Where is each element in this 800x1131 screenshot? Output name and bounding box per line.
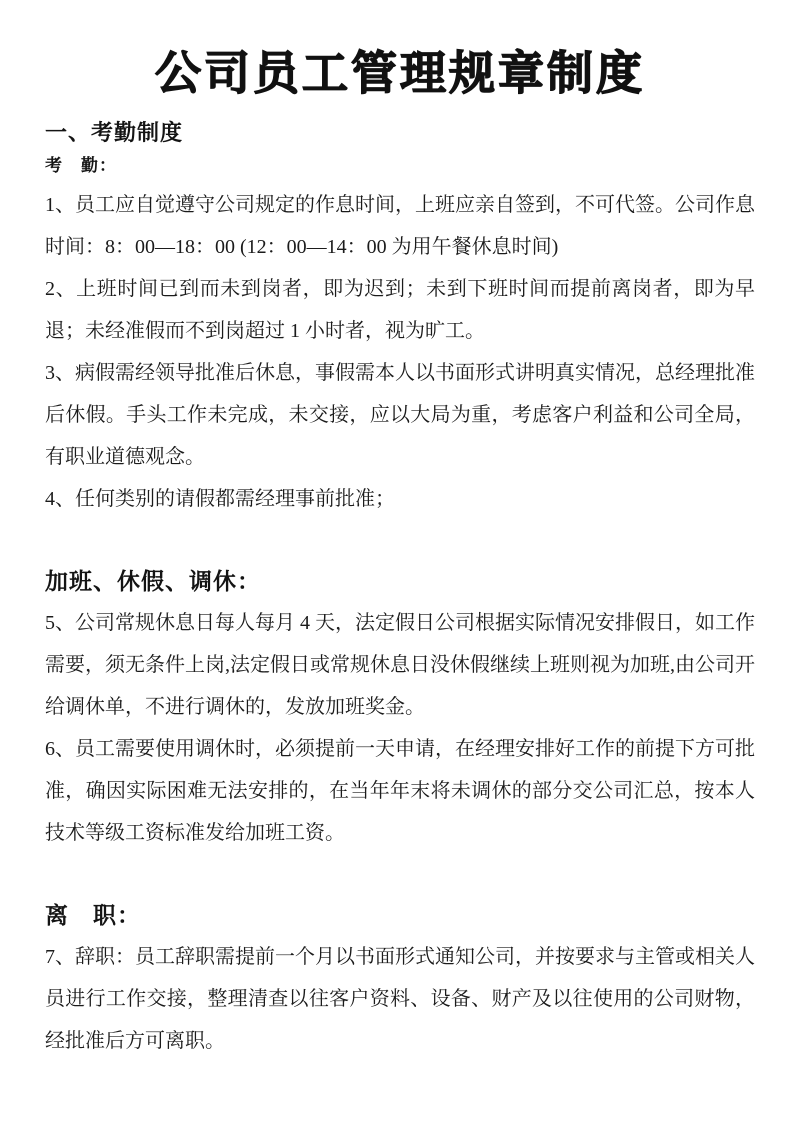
attendance-rule-1: 1、员工应自觉遵守公司规定的作息时间，上班应亲自签到，不可代签。公司作息时间：8… <box>45 184 755 268</box>
section-overtime-leave: 加班、休假、调休： 5、公司常规休息日每人每月 4 天，法定假日公司根据实际情况… <box>45 560 755 854</box>
overtime-rule-5: 5、公司常规休息日每人每月 4 天，法定假日公司根据实际情况安排假日，如工作需要… <box>45 602 755 728</box>
resignation-rule-7: 7、辞职：员工辞职需提前一个月以书面形式通知公司，并按要求与主管或相关人员进行工… <box>45 936 755 1062</box>
document-title: 公司员工管理规章制度 <box>45 42 755 104</box>
attendance-rule-2: 2、上班时间已到而未到岗者，即为迟到；未到下班时间而提前离岗者，即为早退；未经准… <box>45 268 755 352</box>
attendance-rule-3: 3、病假需经领导批准后休息，事假需本人以书面形式讲明真实情况，总经理批准后休假。… <box>45 352 755 478</box>
resignation-section-heading: 离 职： <box>45 894 755 936</box>
overtime-rule-6: 6、员工需要使用调休时，必须提前一天申请，在经理安排好工作的前提下方可批准，确因… <box>45 728 755 854</box>
section-resignation: 离 职： 7、辞职：员工辞职需提前一个月以书面形式通知公司，并按要求与主管或相关… <box>45 894 755 1062</box>
attendance-subheading: 考 勤： <box>45 154 755 178</box>
document-page: 公司员工管理规章制度 一、考勤制度 考 勤： 1、员工应自觉遵守公司规定的作息时… <box>0 0 800 1131</box>
overtime-section-heading: 加班、休假、调休： <box>45 560 755 602</box>
section-attendance: 一、考勤制度 考 勤： 1、员工应自觉遵守公司规定的作息时间，上班应亲自签到，不… <box>45 120 755 520</box>
attendance-section-heading: 一、考勤制度 <box>45 120 755 146</box>
attendance-rule-4: 4、任何类别的请假都需经理事前批准； <box>45 478 755 520</box>
